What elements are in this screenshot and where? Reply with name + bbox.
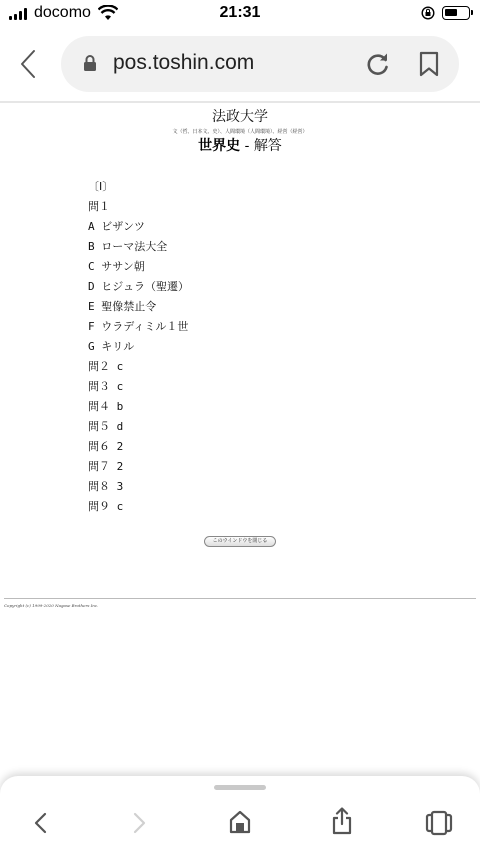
- reload-icon[interactable]: [365, 51, 391, 77]
- answer-line: F ウラディミル１世: [88, 317, 189, 337]
- clock: 21:31: [0, 4, 480, 22]
- status-bar: docomo 21:31: [0, 0, 480, 28]
- lock-icon: [83, 54, 97, 72]
- tabs-icon[interactable]: [425, 810, 453, 836]
- answer-line: 問３ c: [88, 377, 189, 397]
- battery-icon: [442, 6, 470, 20]
- subject-name: 世界史: [198, 138, 240, 154]
- drag-handle[interactable]: [214, 785, 266, 790]
- copyright-text: Copyright (c) 1999-2020 Nagase Brothers …: [4, 603, 98, 608]
- answer-line: 問１: [88, 197, 189, 217]
- url-text[interactable]: pos.toshin.com: [113, 51, 254, 75]
- answer-list: 〔Ⅰ〕 問１ A ビザンツ B ローマ法大全 C ササン朝 D ヒジュラ（聖遷）…: [88, 177, 189, 517]
- answer-line: 問７ 2: [88, 457, 189, 477]
- home-icon[interactable]: [229, 810, 251, 834]
- browser-address-row: pos.toshin.com: [0, 36, 480, 92]
- answer-line: D ヒジュラ（聖遷）: [88, 277, 189, 297]
- back-chevron-icon[interactable]: [17, 48, 39, 80]
- section-label: 〔Ⅰ〕: [88, 177, 189, 197]
- forward-icon[interactable]: [133, 812, 147, 834]
- answer-line: B ローマ法大全: [88, 237, 189, 257]
- rotation-lock-icon: [421, 6, 435, 20]
- footer-divider: [4, 598, 476, 599]
- faculties-subtitle: 文（哲、日本文、史）、人間環境（人間環境）、経営（経営）: [0, 128, 480, 136]
- share-icon[interactable]: [331, 807, 353, 835]
- answer-line: E 聖像禁止令: [88, 297, 189, 317]
- answer-line: 問８ 3: [88, 477, 189, 497]
- page-header: 法政大学 文（哲、日本文、史）、人間環境（人間環境）、経営（経営） 世界史 - …: [0, 108, 480, 155]
- university-title: 法政大学: [0, 108, 480, 126]
- close-window-button[interactable]: このウインドウを閉じる: [204, 536, 276, 547]
- answer-line: A ビザンツ: [88, 217, 189, 237]
- answer-line: 問４ b: [88, 397, 189, 417]
- subject-suffix: 解答: [254, 138, 282, 154]
- answer-line: 問６ 2: [88, 437, 189, 457]
- toolbar-divider: [0, 101, 480, 103]
- answer-line: 問５ d: [88, 417, 189, 437]
- back-icon[interactable]: [33, 812, 47, 834]
- answer-line: 問２ c: [88, 357, 189, 377]
- subject-separator: -: [240, 138, 254, 154]
- bookmark-icon[interactable]: [418, 51, 440, 77]
- subject-title: 世界史 - 解答: [0, 137, 480, 155]
- answer-line: G キリル: [88, 337, 189, 357]
- browser-bottom-toolbar: [0, 776, 480, 854]
- answer-line: C ササン朝: [88, 257, 189, 277]
- address-bar[interactable]: pos.toshin.com: [61, 36, 459, 92]
- answer-line: 問９ c: [88, 497, 189, 517]
